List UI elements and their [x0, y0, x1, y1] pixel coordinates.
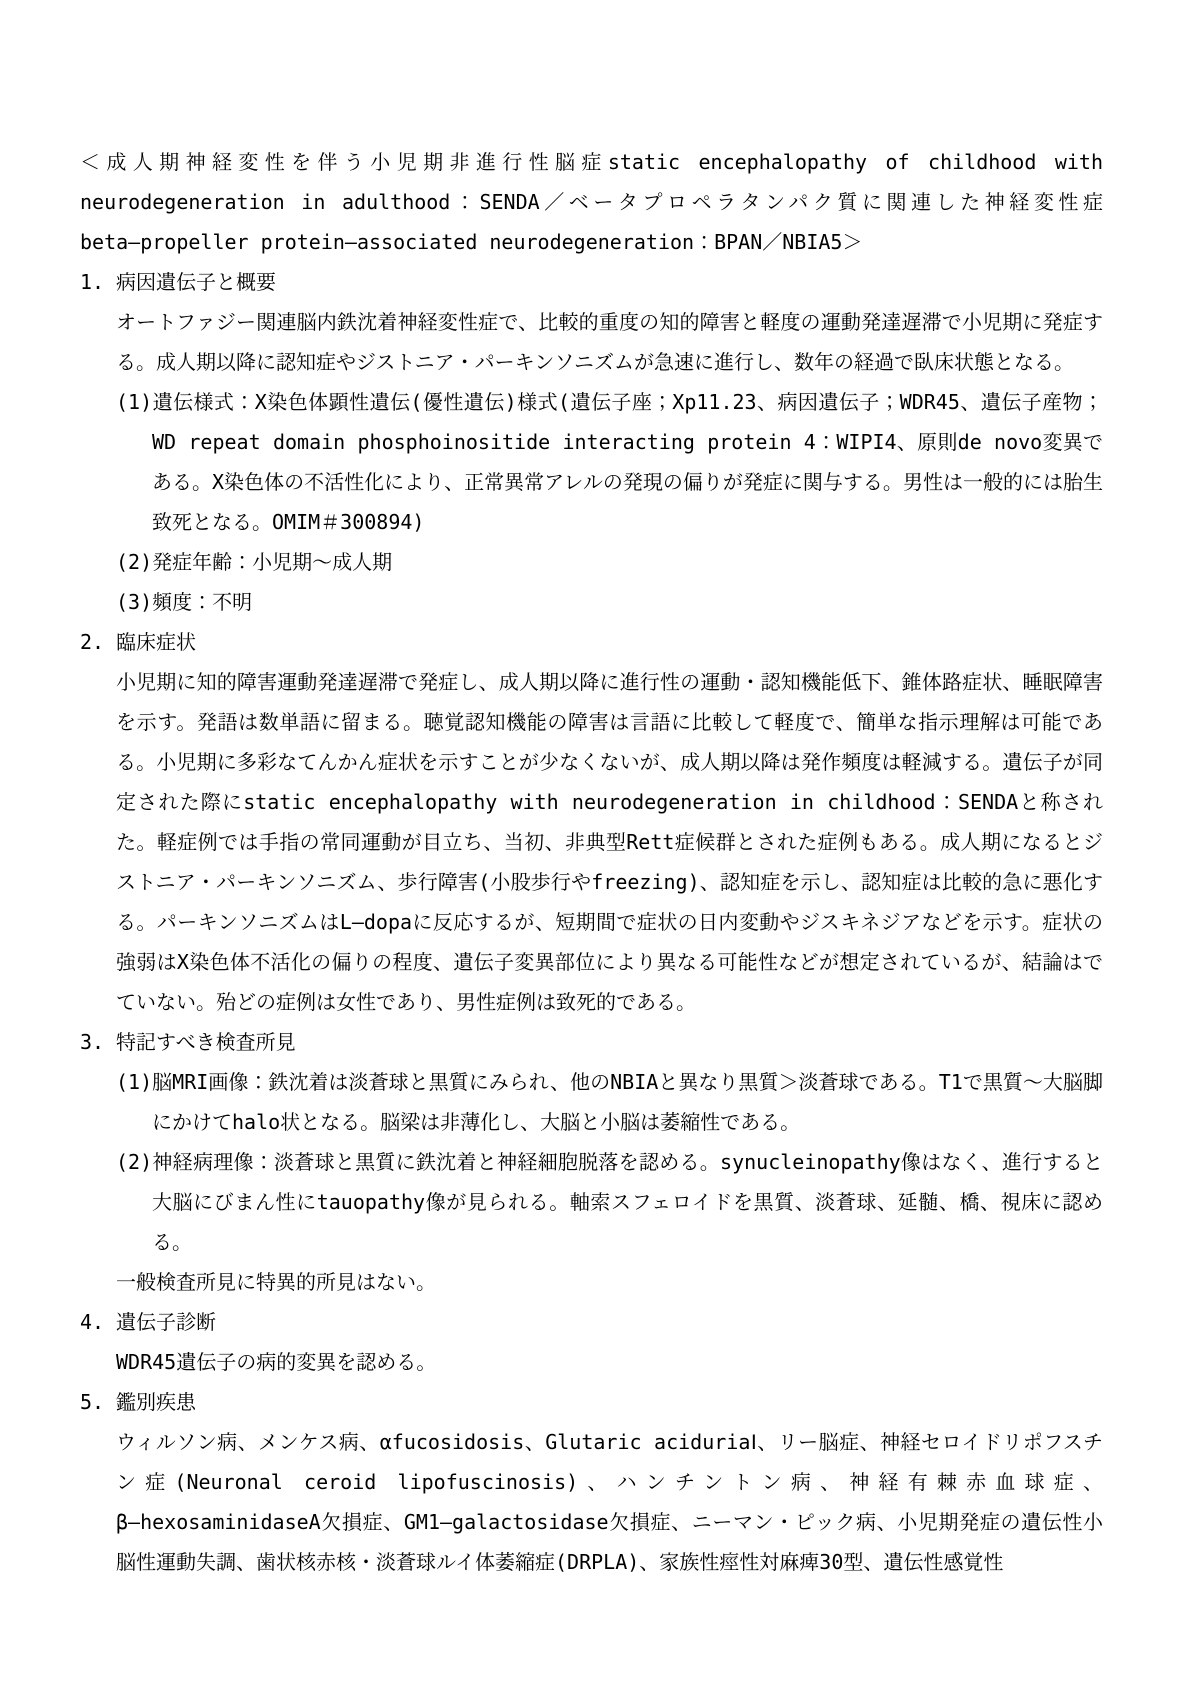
- document-title: ＜成人期神経変性を伴う小児期非進行性脳症static encephalopath…: [80, 142, 1103, 262]
- section-heading: 4.遺伝子診断: [80, 1302, 1103, 1342]
- section-differential-diagnosis: 5.鑑別疾患 ウィルソン病、メンケス病、αfucosidosis、Glutari…: [80, 1382, 1103, 1582]
- section-heading: 5.鑑別疾患: [80, 1382, 1103, 1422]
- sub-item-neuropathology: (2)神経病理像：淡蒼球と黒質に鉄沈着と神経細胞脱落を認める。synuclein…: [80, 1142, 1103, 1262]
- paragraph: 小児期に知的障害運動発達遅滞で発症し、成人期以降に進行性の運動・認知機能低下、錐…: [80, 662, 1103, 1022]
- sub-item-frequency: (3)頻度：不明: [80, 582, 1103, 622]
- sub-item-brain-mri: (1)脳MRI画像：鉄沈着は淡蒼球と黒質にみられ、他のNBIAと異なり黒質＞淡蒼…: [80, 1062, 1103, 1142]
- section-number: 2.: [80, 622, 116, 662]
- paragraph: 一般検査所見に特異的所見はない。: [80, 1262, 1103, 1302]
- section-title: 病因遺伝子と概要: [116, 270, 276, 294]
- section-title: 遺伝子診断: [116, 1310, 216, 1334]
- paragraph: WDR45遺伝子の病的変異を認める。: [80, 1342, 1103, 1382]
- section-pathogenic-gene-overview: 1.病因遺伝子と概要 オートファジー関連脳内鉄沈着神経変性症で、比較的重度の知的…: [80, 262, 1103, 622]
- sub-item-inheritance: (1)遺伝様式：X染色体顕性遺伝(優性遺伝)様式(遺伝子座；Xp11.23、病因…: [80, 382, 1103, 542]
- sub-item-onset-age: (2)発症年齢：小児期～成人期: [80, 542, 1103, 582]
- section-title: 臨床症状: [116, 630, 196, 654]
- section-number: 1.: [80, 262, 116, 302]
- section-title: 特記すべき検査所見: [116, 1030, 296, 1054]
- section-heading: 2.臨床症状: [80, 622, 1103, 662]
- paragraph: オートファジー関連脳内鉄沈着神経変性症で、比較的重度の知的障害と軽度の運動発達遅…: [80, 302, 1103, 382]
- paragraph: ウィルソン病、メンケス病、αfucosidosis、Glutaric acidu…: [80, 1422, 1103, 1582]
- section-genetic-diagnosis: 4.遺伝子診断 WDR45遺伝子の病的変異を認める。: [80, 1302, 1103, 1382]
- section-title: 鑑別疾患: [116, 1390, 196, 1414]
- section-heading: 1.病因遺伝子と概要: [80, 262, 1103, 302]
- document-page: ＜成人期神経変性を伴う小児期非進行性脳症static encephalopath…: [0, 0, 1181, 1695]
- section-number: 4.: [80, 1302, 116, 1342]
- section-notable-findings: 3.特記すべき検査所見 (1)脳MRI画像：鉄沈着は淡蒼球と黒質にみられ、他のN…: [80, 1022, 1103, 1302]
- section-number: 3.: [80, 1022, 116, 1062]
- section-heading: 3.特記すべき検査所見: [80, 1022, 1103, 1062]
- section-clinical-symptoms: 2.臨床症状 小児期に知的障害運動発達遅滞で発症し、成人期以降に進行性の運動・認…: [80, 622, 1103, 1022]
- section-number: 5.: [80, 1382, 116, 1422]
